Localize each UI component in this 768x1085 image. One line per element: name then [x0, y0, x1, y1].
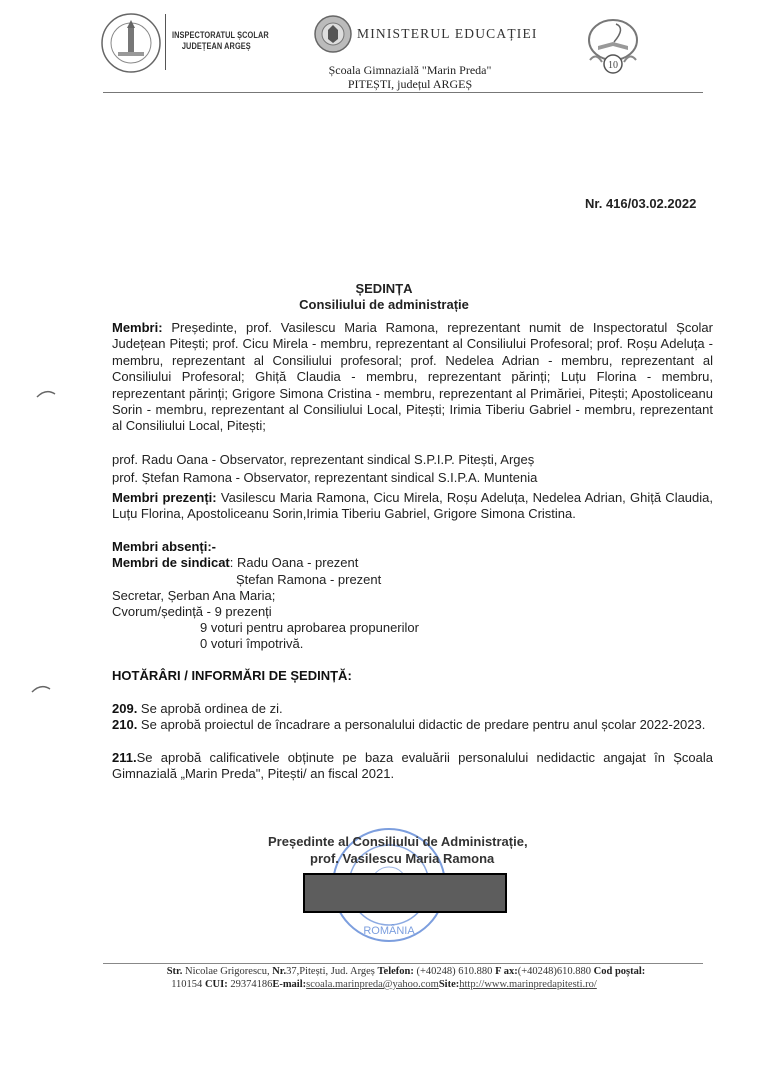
header-divider	[165, 14, 166, 70]
school-city: PITEȘTI, județul ARGEȘ	[310, 77, 510, 92]
union-second: Ștefan Ramona - prezent	[236, 572, 381, 587]
decision-209: 209. Se aprobă ordinea de zi.	[112, 701, 283, 716]
inspectorate-line1: INSPECTORATUL ȘCOLAR	[172, 30, 269, 41]
ministry-crest-logo	[313, 14, 353, 54]
inspectorate-seal-logo	[100, 12, 162, 74]
decision-211: 211.Se aprobă calificativele obținute pe…	[112, 750, 713, 783]
votes-against: 0 voturi împotrivă.	[200, 636, 303, 651]
postal-code: 110154	[171, 979, 205, 990]
members-paragraph: Membri: Președinte, prof. Vasilescu Mari…	[112, 320, 713, 435]
decision-text: Se aprobă ordinea de zi.	[137, 701, 282, 716]
site-label: Site:	[439, 979, 459, 990]
ministry-name: MINISTERUL EDUCAȚIEI	[357, 26, 538, 42]
footer-address-line: Str. Nicolae Grigorescu, Nr.37,Pitești, …	[0, 966, 768, 977]
cui-label: CUI:	[205, 979, 228, 990]
document-title: ȘEDINȚA	[0, 281, 768, 296]
decisions-heading: HOTĂRÂRI / INFORMĂRI DE ȘEDINȚĂ:	[112, 668, 352, 683]
absent-members: Membri absenți:-	[112, 539, 216, 554]
quorum: Cvorum/ședință - 9 prezenți	[112, 604, 272, 619]
punch-mark-icon	[30, 683, 52, 693]
address: 37,Pitești, Jud. Argeș	[286, 966, 377, 977]
postal-label: Cod poștal:	[594, 966, 646, 977]
decision-number: 210.	[112, 717, 137, 732]
signature-name: prof. Vasilescu Maria Ramona	[310, 851, 494, 866]
members-label: Membri:	[112, 320, 163, 335]
svg-text:10: 10	[608, 60, 618, 71]
email-link[interactable]: scoala.marinpreda@yahoo.com	[306, 979, 439, 990]
number-label: Nr.	[272, 966, 286, 977]
absent-label: Membri absenți:-	[112, 539, 216, 554]
present-label: Membri prezenți:	[112, 490, 217, 505]
fax: (+40248)610.880	[518, 966, 594, 977]
school-name: Școala Gimnazială "Marin Preda"	[310, 63, 510, 78]
phone: (+40248) 610.880	[414, 966, 495, 977]
punch-mark-icon	[35, 388, 57, 398]
present-members-paragraph: Membri prezenți: Vasilescu Maria Ramona,…	[112, 490, 713, 523]
street-label: Str.	[167, 966, 183, 977]
secretary: Secretar, Șerban Ana Maria;	[112, 588, 275, 603]
cui: 29374186	[228, 979, 273, 990]
members-text: Președinte, prof. Vasilescu Maria Ramona…	[112, 320, 713, 433]
svg-text:ROMÂNIA: ROMÂNIA	[363, 924, 415, 937]
inspectorate-name: INSPECTORATUL ȘCOLAR JUDEȚEAN ARGEȘ	[172, 30, 269, 52]
decision-number: 211.	[112, 750, 137, 765]
footer-rule	[103, 963, 703, 964]
document-subtitle: Consiliului de administrație	[0, 297, 768, 312]
union-label: Membri de sindicat	[112, 555, 230, 570]
observer-1: prof. Radu Oana - Observator, reprezenta…	[112, 452, 534, 467]
website-link[interactable]: http://www.marinpredapitesti.ro/	[459, 979, 597, 990]
header-rule	[103, 92, 703, 93]
union-members: Membri de sindicat: Radu Oana - prezent	[112, 555, 358, 570]
decision-text: Se aprobă calificativele obținute pe baz…	[112, 750, 713, 781]
phone-label: Telefon:	[378, 966, 414, 977]
footer-contact-line: 110154 CUI: 29374186E-mail:scoala.marinp…	[0, 979, 768, 990]
fax-label: F ax:	[495, 966, 518, 977]
decision-number: 209.	[112, 701, 137, 716]
school-anniversary-logo: 10	[578, 12, 648, 82]
signature-role: Președinte al Consiliului de Administraț…	[268, 834, 528, 849]
inspectorate-line2: JUDEȚEAN ARGEȘ	[172, 41, 269, 52]
union-first: : Radu Oana - prezent	[230, 555, 359, 570]
document-number: Nr. 416/03.02.2022	[585, 196, 696, 211]
redacted-signature	[303, 873, 507, 913]
email-label: E-mail:	[272, 979, 306, 990]
votes-for: 9 voturi pentru aprobarea propunerilor	[200, 620, 419, 635]
street: Nicolae Grigorescu,	[182, 966, 272, 977]
observer-2: prof. Ștefan Ramona - Observator, reprez…	[112, 470, 537, 485]
decision-210: 210. Se aprobă proiectul de încadrare a …	[112, 717, 713, 733]
decision-text: Se aprobă proiectul de încadrare a perso…	[137, 717, 705, 732]
